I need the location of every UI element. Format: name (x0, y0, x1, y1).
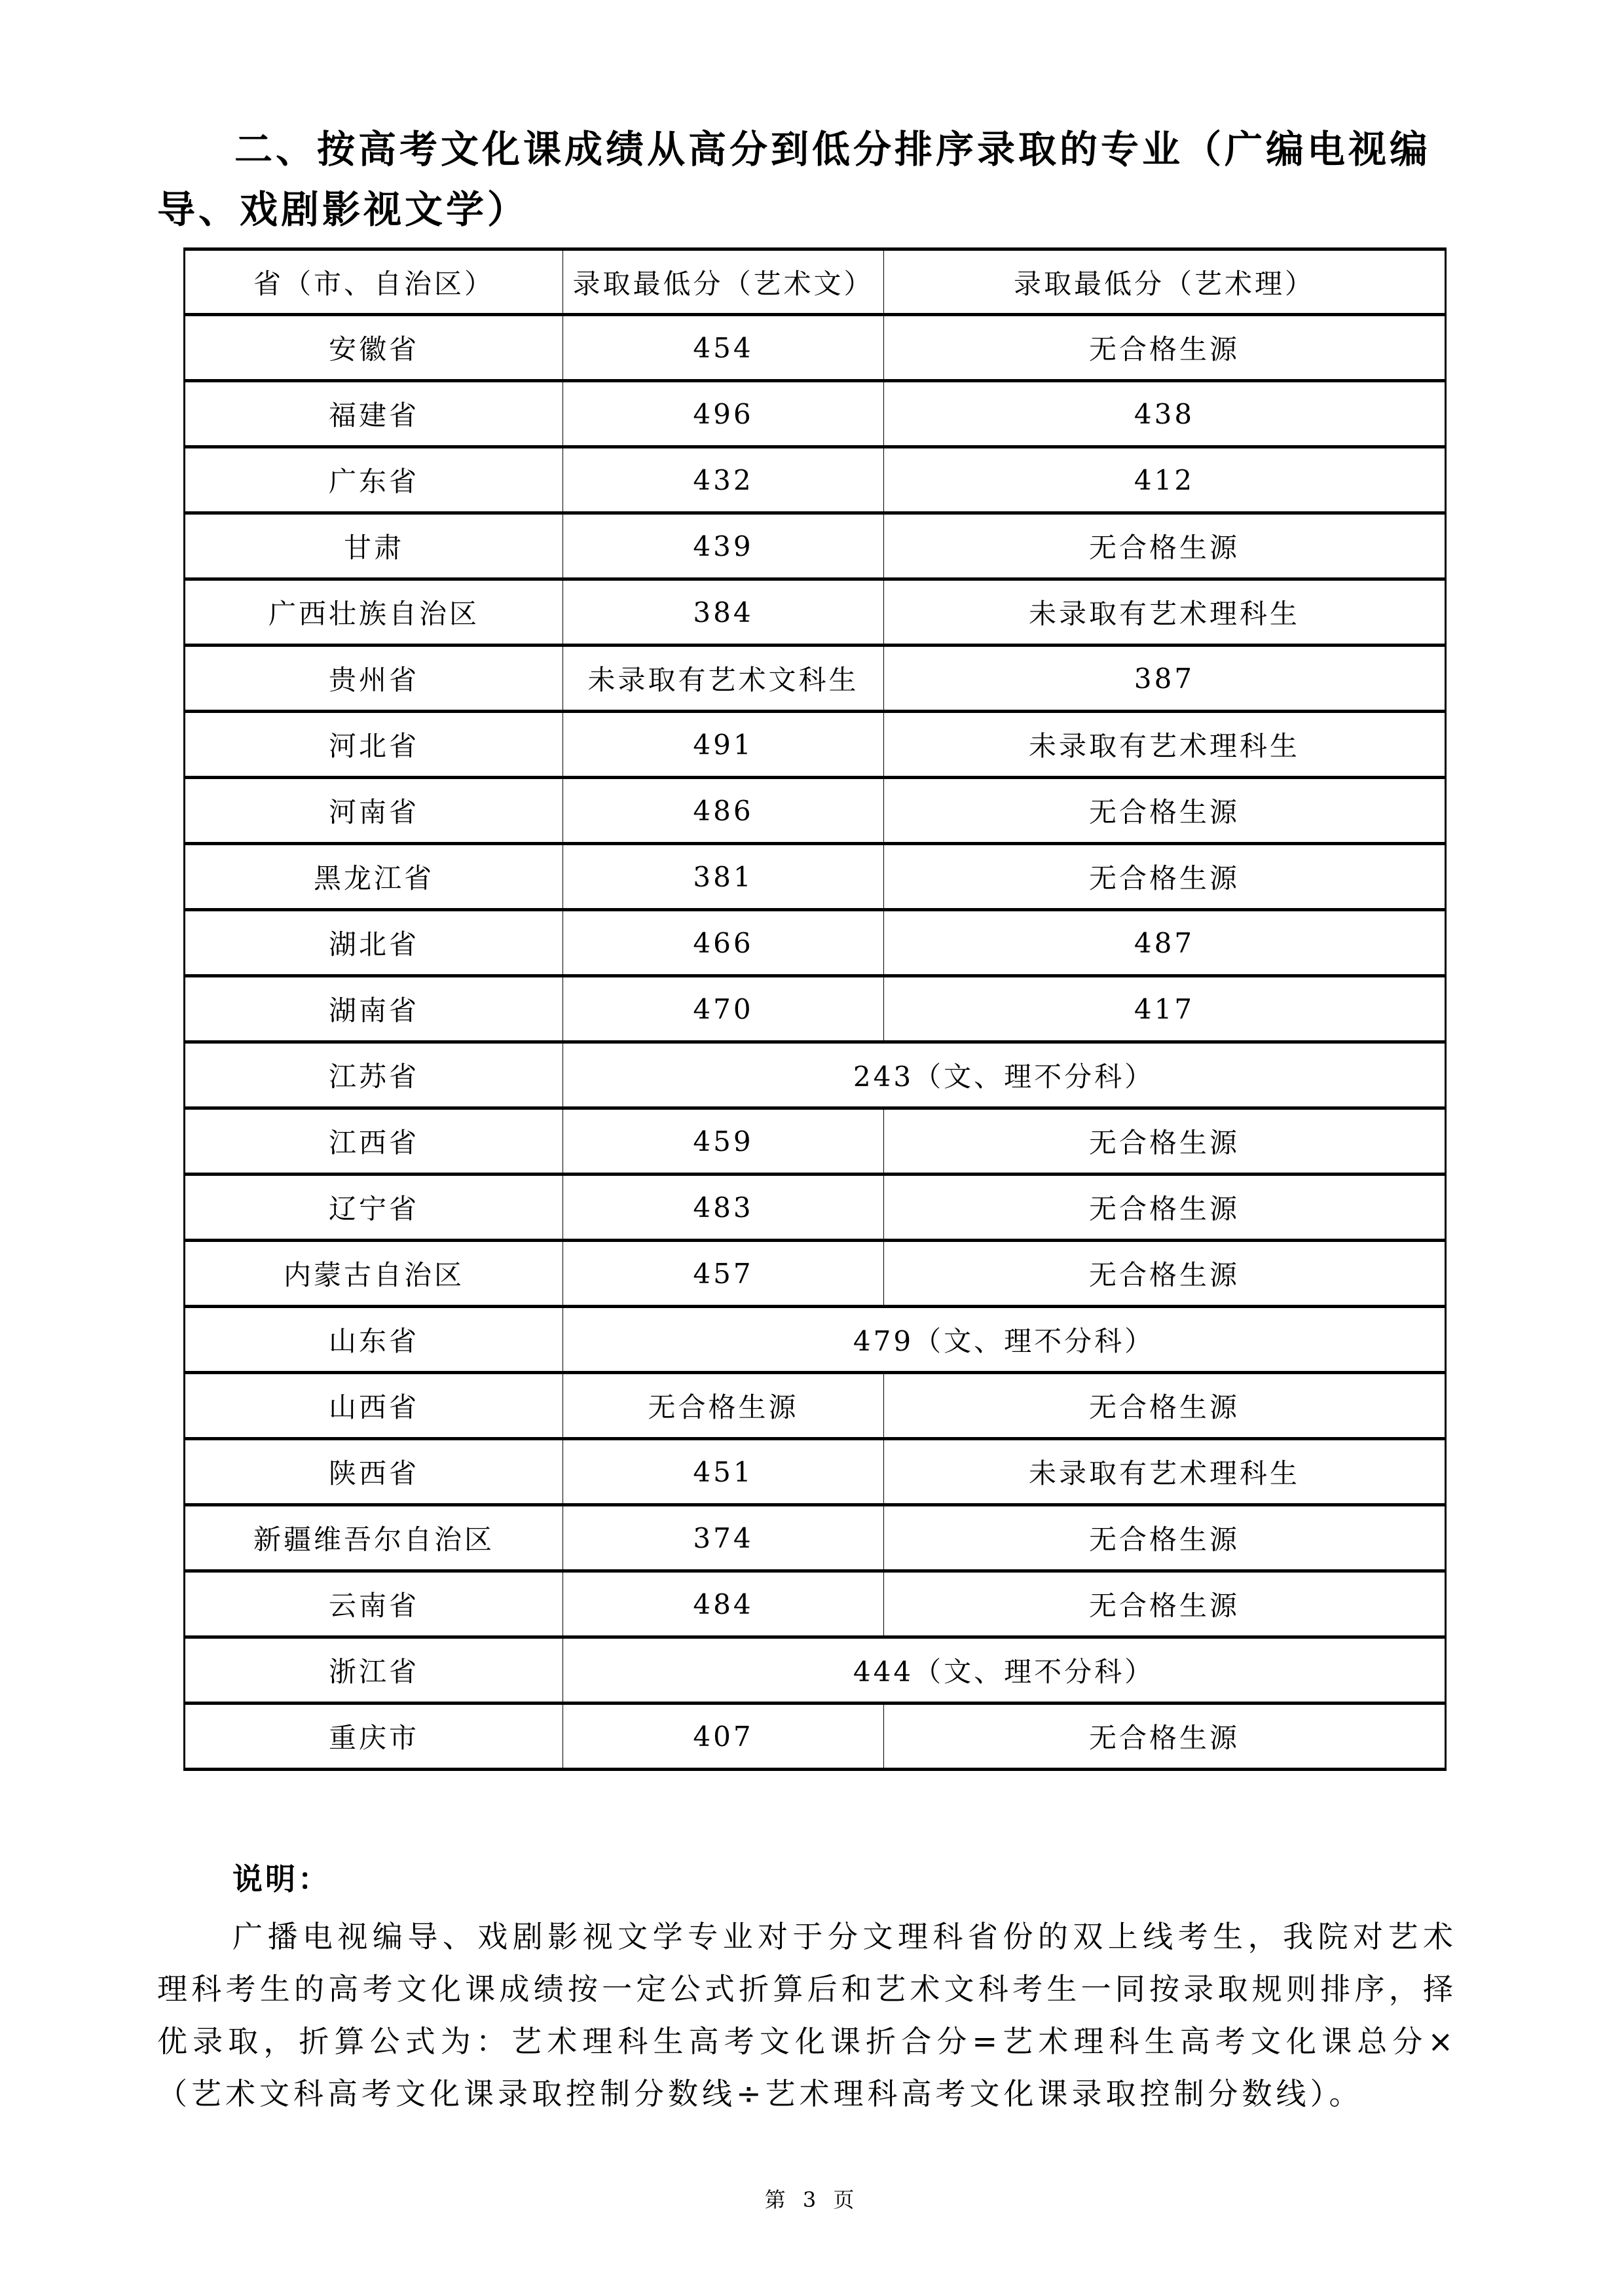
cell-arts-liberal-score: 无合格生源 (563, 1373, 884, 1439)
table-row: 江西省459无合格生源 (185, 1108, 1446, 1175)
cell-region: 甘肃 (185, 513, 563, 579)
table-row: 辽宁省483无合格生源 (185, 1175, 1446, 1241)
table-row: 湖南省470417 (185, 976, 1446, 1042)
table-body: 安徽省454无合格生源福建省496438广东省432412甘肃439无合格生源广… (185, 315, 1446, 1770)
table-row: 广东省432412 (185, 447, 1446, 513)
cell-arts-liberal-score: 459 (563, 1108, 884, 1175)
cell-arts-science-score: 未录取有艺术理科生 (884, 579, 1446, 646)
column-header-arts-liberal: 录取最低分（艺术文） (563, 249, 884, 315)
table-row: 江苏省243（文、理不分科） (185, 1042, 1446, 1108)
section-title: 二、按高考文化课成绩从高分到低分排序录取的专业（广编电视编导、戏剧影视文学） (157, 119, 1457, 240)
cell-region: 湖北省 (185, 910, 563, 976)
cell-arts-science-score: 未录取有艺术理科生 (884, 1439, 1446, 1505)
column-header-arts-science: 录取最低分（艺术理） (884, 249, 1446, 315)
table-row: 云南省484无合格生源 (185, 1571, 1446, 1637)
cell-arts-liberal-score: 483 (563, 1175, 884, 1241)
cell-combined-score: 243（文、理不分科） (563, 1042, 1446, 1108)
cell-region: 重庆市 (185, 1704, 563, 1770)
cell-arts-science-score: 无合格生源 (884, 1175, 1446, 1241)
cell-arts-science-score: 无合格生源 (884, 1505, 1446, 1571)
cell-arts-liberal-score: 432 (563, 447, 884, 513)
cell-region: 浙江省 (185, 1637, 563, 1704)
cell-arts-liberal-score: 470 (563, 976, 884, 1042)
cell-arts-liberal-score: 496 (563, 381, 884, 447)
table-row: 陕西省451未录取有艺术理科生 (185, 1439, 1446, 1505)
cell-region: 河南省 (185, 778, 563, 844)
cell-region: 新疆维吾尔自治区 (185, 1505, 563, 1571)
table-row: 甘肃439无合格生源 (185, 513, 1446, 579)
table-row: 河南省486无合格生源 (185, 778, 1446, 844)
cell-arts-science-score: 未录取有艺术理科生 (884, 712, 1446, 778)
table-row: 广西壮族自治区384未录取有艺术理科生 (185, 579, 1446, 646)
page-number: 第 3 页 (0, 2183, 1624, 2214)
cell-region: 江苏省 (185, 1042, 563, 1108)
cell-arts-liberal-score: 381 (563, 844, 884, 910)
note-body: 广播电视编导、戏剧影视文学专业对于分文理科省份的双上线考生，我院对艺术理科考生的… (157, 1910, 1457, 2120)
column-header-region: 省（市、自治区） (185, 249, 563, 315)
cell-arts-liberal-score: 439 (563, 513, 884, 579)
cell-arts-science-score: 无合格生源 (884, 1108, 1446, 1175)
cell-region: 江西省 (185, 1108, 563, 1175)
cell-arts-science-score: 无合格生源 (884, 1704, 1446, 1770)
cell-region: 安徽省 (185, 315, 563, 381)
cell-arts-science-score: 438 (884, 381, 1446, 447)
cell-arts-science-score: 无合格生源 (884, 513, 1446, 579)
cell-arts-science-score: 417 (884, 976, 1446, 1042)
cell-arts-liberal-score: 491 (563, 712, 884, 778)
cell-arts-liberal-score: 457 (563, 1241, 884, 1307)
cell-arts-liberal-score: 407 (563, 1704, 884, 1770)
cell-arts-liberal-score: 384 (563, 579, 884, 646)
cell-region: 黑龙江省 (185, 844, 563, 910)
cell-combined-score: 444（文、理不分科） (563, 1637, 1446, 1704)
cell-region: 福建省 (185, 381, 563, 447)
cell-arts-science-score: 无合格生源 (884, 778, 1446, 844)
table-row: 河北省491未录取有艺术理科生 (185, 712, 1446, 778)
cell-arts-science-score: 无合格生源 (884, 844, 1446, 910)
admission-scores-table: 省（市、自治区） 录取最低分（艺术文） 录取最低分（艺术理） 安徽省454无合格… (183, 247, 1447, 1771)
table-row: 山东省479（文、理不分科） (185, 1307, 1446, 1373)
table-row: 内蒙古自治区457无合格生源 (185, 1241, 1446, 1307)
cell-region: 陕西省 (185, 1439, 563, 1505)
cell-arts-science-score: 412 (884, 447, 1446, 513)
note-heading: 说明： (232, 1853, 331, 1905)
cell-arts-liberal-score: 374 (563, 1505, 884, 1571)
table-row: 贵州省未录取有艺术文科生387 (185, 646, 1446, 712)
table-row: 浙江省444（文、理不分科） (185, 1637, 1446, 1704)
cell-region: 云南省 (185, 1571, 563, 1637)
cell-region: 河北省 (185, 712, 563, 778)
cell-arts-science-score: 无合格生源 (884, 1373, 1446, 1439)
table-row: 山西省无合格生源无合格生源 (185, 1373, 1446, 1439)
table-row: 黑龙江省381无合格生源 (185, 844, 1446, 910)
cell-arts-liberal-score: 454 (563, 315, 884, 381)
cell-arts-science-score: 无合格生源 (884, 315, 1446, 381)
cell-region: 广西壮族自治区 (185, 579, 563, 646)
cell-region: 贵州省 (185, 646, 563, 712)
cell-region: 广东省 (185, 447, 563, 513)
cell-arts-liberal-score: 451 (563, 1439, 884, 1505)
cell-region: 内蒙古自治区 (185, 1241, 563, 1307)
cell-region: 山东省 (185, 1307, 563, 1373)
cell-region: 湖南省 (185, 976, 563, 1042)
table-header-row: 省（市、自治区） 录取最低分（艺术文） 录取最低分（艺术理） (185, 249, 1446, 315)
table-row: 重庆市407无合格生源 (185, 1704, 1446, 1770)
table-row: 湖北省466487 (185, 910, 1446, 976)
cell-region: 山西省 (185, 1373, 563, 1439)
cell-arts-science-score: 487 (884, 910, 1446, 976)
cell-arts-science-score: 387 (884, 646, 1446, 712)
cell-arts-liberal-score: 466 (563, 910, 884, 976)
cell-region: 辽宁省 (185, 1175, 563, 1241)
table-row: 福建省496438 (185, 381, 1446, 447)
cell-arts-liberal-score: 484 (563, 1571, 884, 1637)
cell-arts-science-score: 无合格生源 (884, 1241, 1446, 1307)
table-row: 安徽省454无合格生源 (185, 315, 1446, 381)
cell-arts-liberal-score: 486 (563, 778, 884, 844)
table-row: 新疆维吾尔自治区374无合格生源 (185, 1505, 1446, 1571)
cell-combined-score: 479（文、理不分科） (563, 1307, 1446, 1373)
cell-arts-liberal-score: 未录取有艺术文科生 (563, 646, 884, 712)
cell-arts-science-score: 无合格生源 (884, 1571, 1446, 1637)
